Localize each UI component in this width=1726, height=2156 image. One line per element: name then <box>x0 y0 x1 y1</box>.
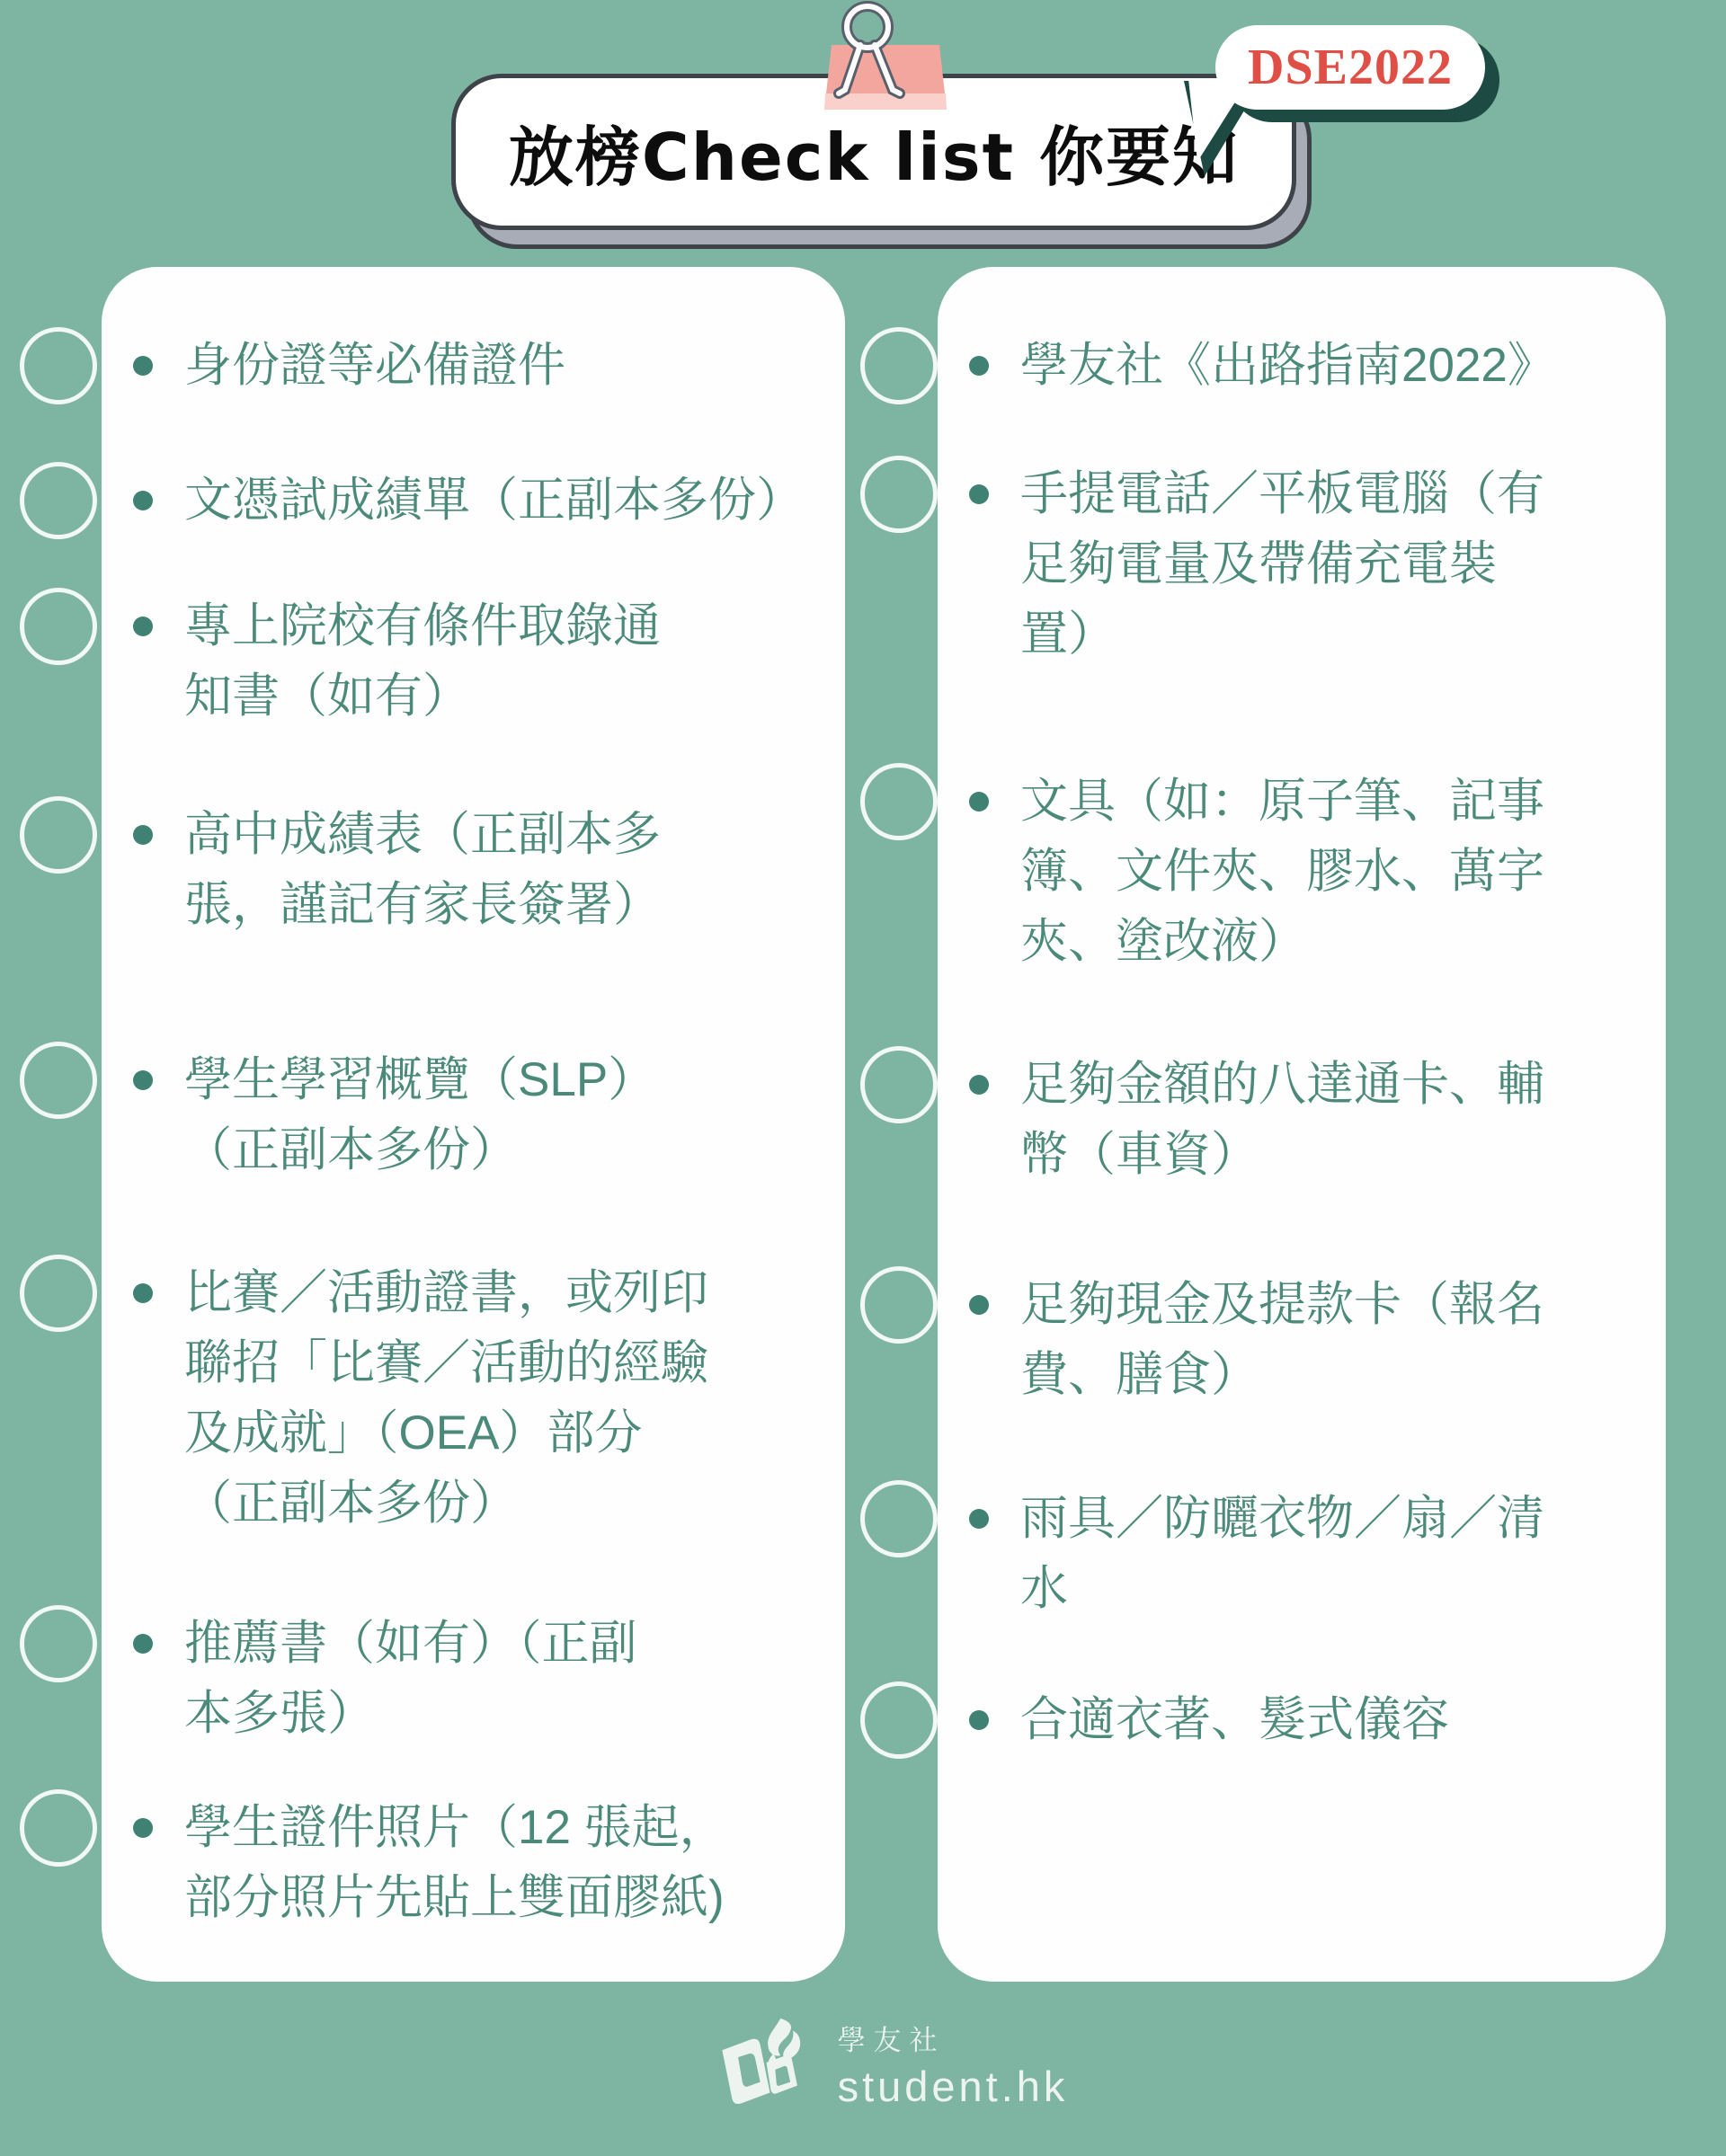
checklist-item-line: 合適衣著、髮式儀容 <box>1020 1685 1449 1755</box>
checklist-item: 足夠現金及提款卡（報名費、膳食） <box>969 1270 1544 1410</box>
checkbox-circle-icon <box>860 1266 938 1344</box>
checklist-item-line: 學生證件照片（12 張起， <box>184 1793 727 1863</box>
checkbox-circle-icon <box>860 1046 938 1123</box>
checklist-item-line: 足夠電量及帶備充電裝 <box>1020 529 1544 599</box>
checklist-item-line: 專上院校有條件取錄通 <box>184 591 661 661</box>
checkbox-circle-icon <box>860 327 938 404</box>
checkbox-circle-icon <box>20 1789 97 1867</box>
checklist-item: 學生學習概覽（SLP）（正副本多份） <box>133 1045 655 1185</box>
checklist-item: 高中成績表（正副本多張，謹記有家長簽署） <box>133 800 661 940</box>
checklist-item: 雨具／防曬衣物／扇／清水 <box>969 1484 1544 1624</box>
checklist-item-line: 置） <box>1020 599 1544 670</box>
checklist-items-right: 學友社《出路指南2022》手提電話／平板電腦（有足夠電量及帶備充電裝置）文具（如… <box>938 267 1666 1982</box>
dse-badge: DSE2022 <box>1215 25 1485 110</box>
bullet-icon <box>133 491 153 510</box>
book-flame-logo-icon <box>712 2011 818 2117</box>
checklist-item-text: 合適衣著、髮式儀容 <box>1020 1685 1449 1755</box>
checklist-item-text: 雨具／防曬衣物／扇／清水 <box>1020 1484 1544 1624</box>
bullet-icon <box>969 792 989 812</box>
checklist-item-line: 學生學習概覽（SLP） <box>184 1045 655 1115</box>
checklist-item-line: 比賽／活動證書，或列印 <box>184 1258 708 1328</box>
bullet-icon <box>969 1075 989 1095</box>
checklist-item-line: （正副本多份） <box>184 1468 708 1539</box>
checklist-item: 學生證件照片（12 張起，部分照片先貼上雙面膠紙) <box>133 1793 727 1933</box>
checklist-item-line: （正副本多份） <box>184 1115 655 1185</box>
bullet-icon <box>133 1070 153 1090</box>
checkbox-circle-icon <box>860 456 938 533</box>
checklist-item-line: 足夠金額的八達通卡、輔 <box>1020 1050 1544 1120</box>
checkbox-circle-icon <box>20 1042 97 1119</box>
checklist-item-line: 手提電話／平板電腦（有 <box>1020 459 1544 529</box>
checklist-item-text: 學生證件照片（12 張起，部分照片先貼上雙面膠紙) <box>184 1793 727 1933</box>
checklist-item-line: 費、膳食） <box>1020 1340 1544 1410</box>
checklist-item: 足夠金額的八達通卡、輔幣（車資） <box>969 1050 1544 1190</box>
bullet-icon <box>133 356 153 376</box>
checkbox-circle-icon <box>20 1255 97 1332</box>
checklist-panel-left: 身份證等必備證件文憑試成績單（正副本多份）專上院校有條件取錄通知書（如有）高中成… <box>102 267 845 1982</box>
bullet-icon <box>969 1509 989 1529</box>
checklist-item-line: 及成就」（OEA）部分 <box>184 1398 708 1468</box>
checklist-item-line: 學友社《出路指南2022》 <box>1020 331 1555 401</box>
checklist-item-line: 身份證等必備證件 <box>184 331 565 401</box>
bullet-icon <box>969 356 989 376</box>
checkbox-circle-icon <box>20 588 97 665</box>
checklist-items-left: 身份證等必備證件文憑試成績單（正副本多份）專上院校有條件取錄通知書（如有）高中成… <box>102 267 845 1982</box>
checkbox-circle-icon <box>20 327 97 404</box>
checklist-item-line: 幣（車資） <box>1020 1120 1544 1190</box>
binder-clip-icon <box>805 0 966 121</box>
checklist-item-line: 推薦書（如有）（正副 <box>184 1609 637 1679</box>
checkbox-circle-icon <box>860 1681 938 1759</box>
checklist-item-text: 文具（如：原子筆、記事簿、文件夾、膠水、萬字夾、塗改液） <box>1020 767 1544 977</box>
checklist-item: 合適衣著、髮式儀容 <box>969 1685 1449 1755</box>
bullet-icon <box>133 1283 153 1303</box>
checklist-item-text: 手提電話／平板電腦（有足夠電量及帶備充電裝置） <box>1020 459 1544 670</box>
checklist-item-line: 雨具／防曬衣物／扇／清 <box>1020 1484 1544 1554</box>
checklist-item-text: 足夠現金及提款卡（報名費、膳食） <box>1020 1270 1544 1410</box>
bullet-icon <box>133 1818 153 1838</box>
checklist-item: 身份證等必備證件 <box>133 331 565 401</box>
checklist-item-line: 部分照片先貼上雙面膠紙) <box>184 1863 727 1933</box>
checklist-item-text: 比賽／活動證書，或列印聯招「比賽／活動的經驗及成就」（OEA）部分（正副本多份） <box>184 1258 708 1539</box>
checklist-item-line: 足夠現金及提款卡（報名 <box>1020 1270 1544 1340</box>
checkbox-circle-icon <box>860 763 938 840</box>
dse-badge-label: DSE2022 <box>1248 39 1453 96</box>
checklist-item-line: 本多張） <box>184 1679 637 1749</box>
checklist-item-line: 文具（如：原子筆、記事 <box>1020 767 1544 837</box>
checklist-item-text: 文憑試成績單（正副本多份） <box>184 466 804 536</box>
checklist-panel-right: 學友社《出路指南2022》手提電話／平板電腦（有足夠電量及帶備充電裝置）文具（如… <box>938 267 1666 1982</box>
footer-logo: 學友社 student.hk <box>712 2011 1069 2117</box>
checklist-item-line: 高中成績表（正副本多 <box>184 800 661 870</box>
checklist-item-line: 水 <box>1020 1554 1544 1624</box>
checklist-item: 手提電話／平板電腦（有足夠電量及帶備充電裝置） <box>969 459 1544 670</box>
bullet-icon <box>969 1295 989 1315</box>
checklist-item-text: 學生學習概覽（SLP）（正副本多份） <box>184 1045 655 1185</box>
checklist-item-line: 張，謹記有家長簽署） <box>184 870 661 940</box>
checklist-item: 文憑試成績單（正副本多份） <box>133 466 804 536</box>
checkbox-circle-icon <box>860 1480 938 1557</box>
checklist-item-line: 簿、文件夾、膠水、萬字 <box>1020 837 1544 907</box>
checklist-item-text: 高中成績表（正副本多張，謹記有家長簽署） <box>184 800 661 940</box>
checklist-item-text: 學友社《出路指南2022》 <box>1020 331 1555 401</box>
bullet-icon <box>133 825 153 845</box>
checklist-item: 比賽／活動證書，或列印聯招「比賽／活動的經驗及成就」（OEA）部分（正副本多份） <box>133 1258 708 1539</box>
checklist-item-text: 身份證等必備證件 <box>184 331 565 401</box>
checklist-item-line: 聯招「比賽／活動的經驗 <box>184 1328 708 1398</box>
bullet-icon <box>133 1634 153 1654</box>
bullet-icon <box>969 484 989 504</box>
checklist-item: 專上院校有條件取錄通知書（如有） <box>133 591 661 732</box>
checkbox-circle-icon <box>20 796 97 874</box>
footer-org-name: 學友社 <box>838 2018 1069 2058</box>
checklist-item-line: 知書（如有） <box>184 661 661 732</box>
checklist-item-text: 足夠金額的八達通卡、輔幣（車資） <box>1020 1050 1544 1190</box>
checklist-item: 推薦書（如有）（正副本多張） <box>133 1609 637 1749</box>
checklist-item-text: 專上院校有條件取錄通知書（如有） <box>184 591 661 732</box>
checkbox-circle-icon <box>20 1605 97 1682</box>
checklist-item-text: 推薦書（如有）（正副本多張） <box>184 1609 637 1749</box>
bullet-icon <box>133 617 153 636</box>
checklist-item-line: 夾、塗改液） <box>1020 907 1544 977</box>
checklist-item-line: 文憑試成績單（正副本多份） <box>184 466 804 536</box>
checkbox-circle-icon <box>20 462 97 539</box>
checklist-item: 學友社《出路指南2022》 <box>969 331 1555 401</box>
bullet-icon <box>969 1710 989 1730</box>
footer-site-name: student.hk <box>838 2062 1069 2111</box>
checklist-item: 文具（如：原子筆、記事簿、文件夾、膠水、萬字夾、塗改液） <box>969 767 1544 977</box>
infographic-page: 放榜Check list 你要知 DSE2022 身 <box>0 0 1726 2156</box>
